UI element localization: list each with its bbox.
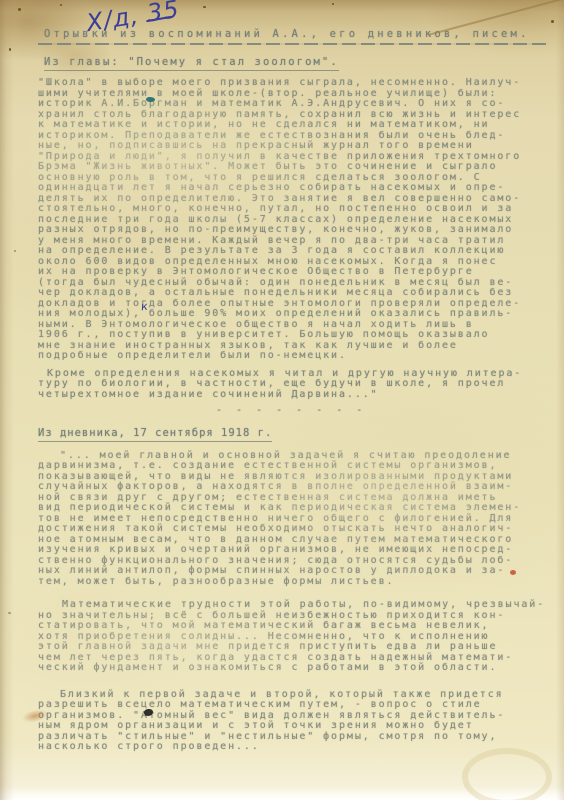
typed-content: Отрывки из воспоминаний А.А., его дневни… (38, 28, 546, 753)
diary-paragraph-1: "... моей главной и основной задачей я с… (38, 451, 546, 588)
paper-speck (332, 3, 334, 5)
paper-speck (9, 48, 11, 51)
paper-speck (60, 4, 62, 6)
paper-speck (551, 20, 554, 23)
dash-separator: - - - - - - - - (216, 406, 546, 417)
title-underline (38, 43, 546, 45)
document-title: Отрывки из воспоминаний А.А., его дневни… (44, 28, 546, 40)
stain-ring (462, 748, 552, 800)
diary-entry-heading: Из дневника, 17 сентября 1918 г. (38, 427, 272, 442)
paper-speck (14, 250, 16, 252)
chapter-heading: Из главы: "Почему я стал зоологом". (44, 56, 339, 71)
memoir-closing-paragraph: Кроме определения насекомых я читал и др… (38, 369, 546, 401)
diary-paragraph-2: Математические трудности этой работы, по… (38, 600, 546, 674)
paper-speck (8, 612, 11, 614)
paper-speck (203, 6, 206, 8)
scanned-typewritten-page: Х/д, 35 Отрывки из воспоминаний А.А., ег… (0, 0, 564, 800)
paper-speck (18, 8, 21, 11)
memoir-paragraph: "Школа" в выборе моего призвания сыграла… (38, 78, 546, 362)
diary-paragraph-3: Близкий к первой задаче и второй, которы… (38, 690, 546, 753)
